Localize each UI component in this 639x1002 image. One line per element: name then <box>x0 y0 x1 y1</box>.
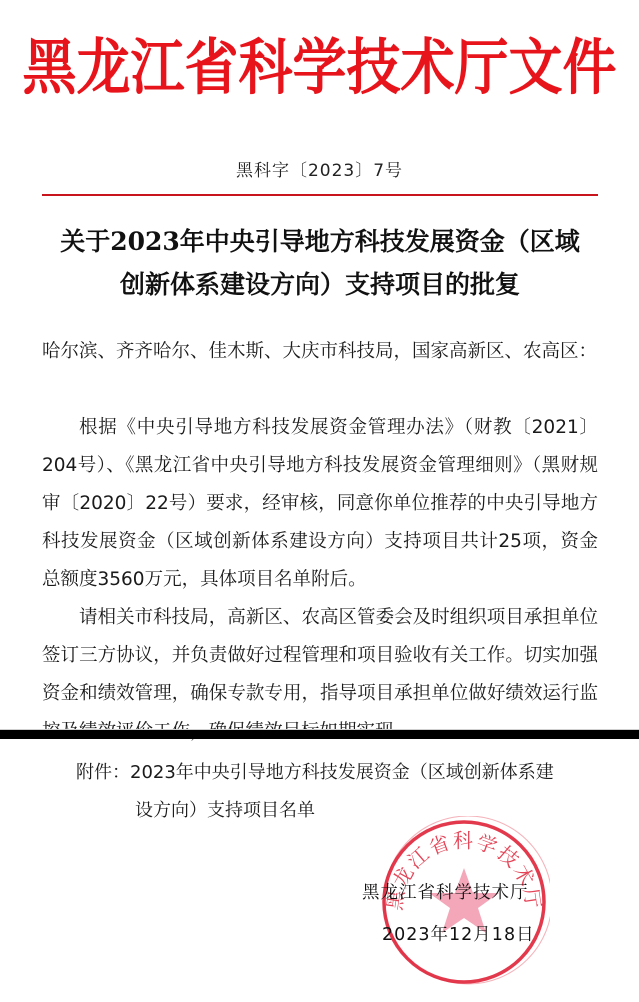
attachment-note: 附件：2023年中央引导地方科技发展资金（区域创新体系建 设方向）支持项目名单 <box>76 754 606 830</box>
attachment-label: 附件： <box>76 762 130 783</box>
attachment-line-1: 2023年中央引导地方科技发展资金（区域创新体系建 <box>130 762 554 783</box>
red-divider <box>42 194 598 196</box>
page-separator-bar <box>0 730 639 739</box>
paragraph-basis: 根据《中央引导地方科技发展资金管理办法》（财教〔2021〕204号）、《黑龙江省… <box>42 409 598 599</box>
attachment-line-2: 设方向）支持项目名单 <box>76 792 606 830</box>
document-title: 关于2023年中央引导地方科技发展资金（区域 创新体系建设方向）支持项目的批复 <box>30 220 610 306</box>
addressee: 哈尔滨、齐齐哈尔、佳木斯、大庆市科技局，国家高新区、农高区： <box>42 333 598 371</box>
title-line-1: 关于2023年中央引导地方科技发展资金（区域 <box>30 220 610 263</box>
document-number: 黑科字〔2023〕7号 <box>0 158 639 184</box>
title-line-2: 创新体系建设方向）支持项目的批复 <box>30 263 610 306</box>
issue-date: 2023年12月18日 <box>382 920 622 950</box>
masthead-title: 黑龙江省科学技术厅文件 <box>0 22 639 112</box>
issuer-signature: 黑龙江省科学技术厅 <box>362 878 612 908</box>
